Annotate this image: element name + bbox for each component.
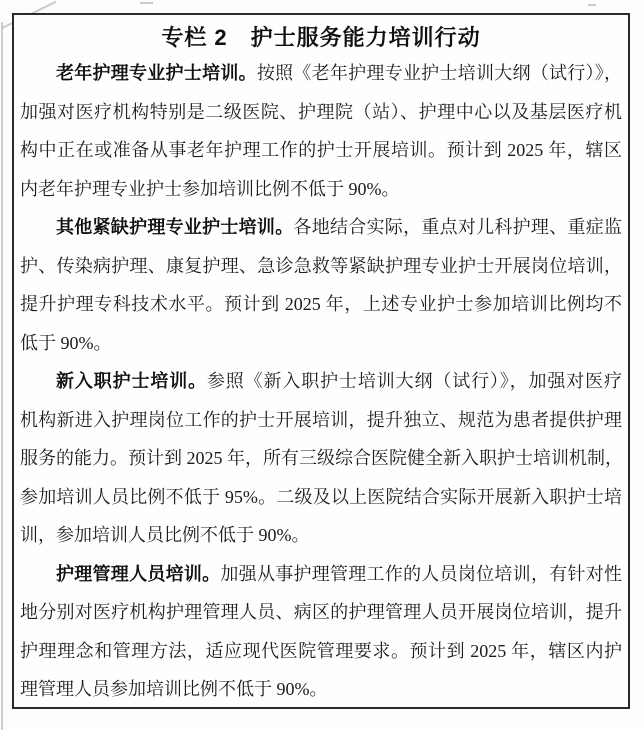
text-line: 提升护理专科技术水平。预计到 2025 年，上述专业护士参加培训比例均不 <box>20 285 622 324</box>
text-line: 新入职护士培训。参照《新入职护士培训大纲（试行）》，加强对医疗 <box>20 362 622 401</box>
box-body: 老年护理专业护士培训。按照《老年护理专业护士培训大纲（试行）》，加强对医疗机构特… <box>20 54 622 709</box>
text-line: 其他紧缺护理专业护士培训。各地结合实际，重点对儿科护理、重症监 <box>20 208 622 247</box>
scan-speck-artifact <box>140 2 153 4</box>
text-line: 加强对医疗机构特别是二级医院、护理院（站）、护理中心以及基层医疗机 <box>20 93 622 132</box>
paragraph-lead: 护理管理人员培训。 <box>56 564 220 584</box>
text-line: 训，参加培训人员比例不低于 90%。 <box>20 516 622 555</box>
scan-edge-artifact <box>1 22 3 730</box>
scan-speck-artifact <box>588 4 596 6</box>
box-title: 专栏 2 护士服务能力培训行动 <box>20 21 622 54</box>
paragraph-text: 加强从事护理管理工作的人员岗位培训，有针对性 <box>220 564 622 584</box>
paragraph-lead: 老年护理专业护士培训。 <box>56 63 257 83</box>
text-line: 内老年护理专业护士参加培训比例不低于 90%。 <box>20 170 622 209</box>
document-page: 专栏 2 护士服务能力培训行动 老年护理专业护士培训。按照《老年护理专业护士培训… <box>0 0 644 730</box>
paragraph-text: 按照《老年护理专业护士培训大纲（试行）》， <box>257 63 622 83</box>
paragraph-lead: 新入职护士培训。 <box>56 371 207 391</box>
paragraph-text: 参照《新入职护士培训大纲（试行）》，加强对医疗 <box>207 371 622 391</box>
text-line: 护理管理人员培训。加强从事护理管理工作的人员岗位培训，有针对性 <box>20 555 622 594</box>
text-line: 老年护理专业护士培训。按照《老年护理专业护士培训大纲（试行）》， <box>20 54 622 93</box>
text-line: 低于 90%。 <box>20 324 622 363</box>
text-line: 护理理念和管理方法，适应现代医院管理要求。预计到 2025 年，辖区内护 <box>20 632 622 671</box>
paragraph-lead: 其他紧缺护理专业护士培训。 <box>56 217 293 237</box>
text-line: 护、传染病护理、康复护理、急诊急救等紧缺护理专业护士开展岗位培训， <box>20 247 622 286</box>
text-line: 地分别对医疗机构护理管理人员、病区的护理管理人员开展岗位培训，提升 <box>20 593 622 632</box>
text-line: 服务的能力。预计到 2025 年，所有三级综合医院健全新入职护士培训机制， <box>20 439 622 478</box>
text-line: 构中正在或准备从事老年护理工作的护士开展培训。预计到 2025 年，辖区 <box>20 131 622 170</box>
paragraph-text: 各地结合实际，重点对儿科护理、重症监 <box>293 217 622 237</box>
text-line: 理管理人员参加培训比例不低于 90%。 <box>20 670 622 709</box>
column-box: 专栏 2 护士服务能力培训行动 老年护理专业护士培训。按照《老年护理专业护士培训… <box>12 13 630 709</box>
text-line: 机构新进入护理岗位工作的护士开展培训，提升独立、规范为患者提供护理 <box>20 401 622 440</box>
text-line: 参加培训人员比例不低于 95%。二级及以上医院结合实际开展新入职护士培 <box>20 478 622 517</box>
